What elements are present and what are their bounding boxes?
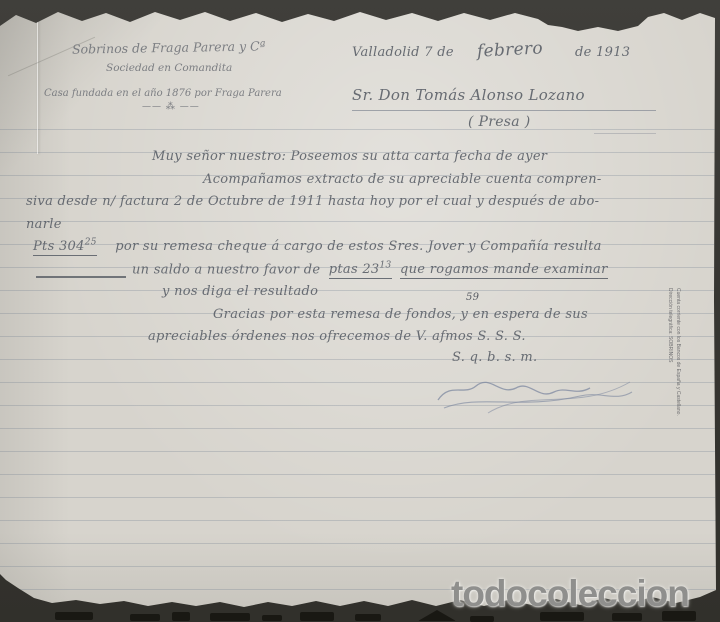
body-line-1: Muy señor nuestro: Poseemos su atta cart… [152, 149, 547, 164]
dateline-place: Valladolid 7 de [352, 45, 454, 60]
amount-remittance-cents: 25 [85, 238, 97, 248]
body-line-4: narle [26, 217, 62, 232]
body-line-5: Pts 30425 por su remesa cheque á cargo d… [33, 238, 602, 254]
scanned-letter-photo: Sobrinos de Fraga Parera y Cª Sociedad e… [0, 0, 720, 622]
residue-mark [130, 614, 160, 621]
closing-formula: S. q. b. s. m. [452, 350, 537, 365]
amount-remittance: Pts 30425 [33, 239, 97, 256]
letterhead-company: Sobrinos de Fraga Parera y Cª [72, 38, 266, 56]
dateline-year: de 1913 [575, 45, 630, 60]
residue-mark [55, 612, 93, 620]
side-note-line-1: Cuenta corriente con los Bancos de Españ… [674, 288, 682, 416]
body-line-6-pre: un saldo a nuestro favor de [132, 262, 320, 277]
side-printed-note: Cuenta corriente con los Bancos de Españ… [666, 288, 682, 416]
addressee-underline [352, 110, 656, 111]
signature-flourish [428, 366, 638, 416]
amount-remittance-value: Pts 304 [33, 239, 85, 254]
body-line-2: Acompañamos extracto de su apreciable cu… [203, 172, 602, 187]
residue-mark [470, 616, 494, 622]
letterhead-society-type: Sociedad en Comandita [106, 62, 232, 74]
addressee-name: Sr. Don Tomás Alonso Lozano [352, 86, 585, 104]
body-line-8: Gracias por esta remesa de fondos, y en … [213, 307, 588, 322]
residue-mark [172, 612, 190, 621]
body-line-6-post: que rogamos mande examinar [400, 262, 608, 279]
addressee-town: ( Presa ) [468, 114, 530, 130]
amount-balance-cents: 13 [380, 261, 392, 271]
amount-balance-value: ptas 23 [329, 262, 380, 277]
residue-mark [210, 613, 250, 621]
dateline-month: febrero [477, 38, 544, 61]
todocoleccion-watermark: todocoleccion [451, 573, 689, 615]
letterhead-founded: Casa fundada en el año 1876 por Fraga Pa… [44, 88, 282, 99]
letterhead-ornament: —— ⁂ —— [142, 102, 200, 112]
amount-balance: ptas 2313 [329, 262, 392, 279]
letter-paper: Sobrinos de Fraga Parera y Cª Sociedad e… [0, 0, 720, 622]
body-line-3: siva desde n/ factura 2 de Octubre de 19… [26, 194, 599, 209]
residue-mark [355, 614, 381, 621]
body-line-5-text: por su remesa cheque á cargo de estos Sr… [115, 239, 602, 254]
body-line-6: un saldo a nuestro favor de ptas 2313 qu… [132, 261, 608, 277]
residue-mark [300, 612, 334, 621]
side-note-line-2: Dirección telegráfica: SOBRINOS [666, 288, 674, 416]
paper-crease [37, 14, 38, 154]
residue-mark [262, 615, 282, 621]
body-line-9: apreciables órdenes nos ofrecemos de V. … [148, 329, 526, 344]
body-line-7: y nos diga el resultado [162, 284, 318, 299]
margin-note: 59 [466, 292, 479, 303]
town-underline [594, 133, 656, 134]
ditto-dash [36, 276, 126, 278]
